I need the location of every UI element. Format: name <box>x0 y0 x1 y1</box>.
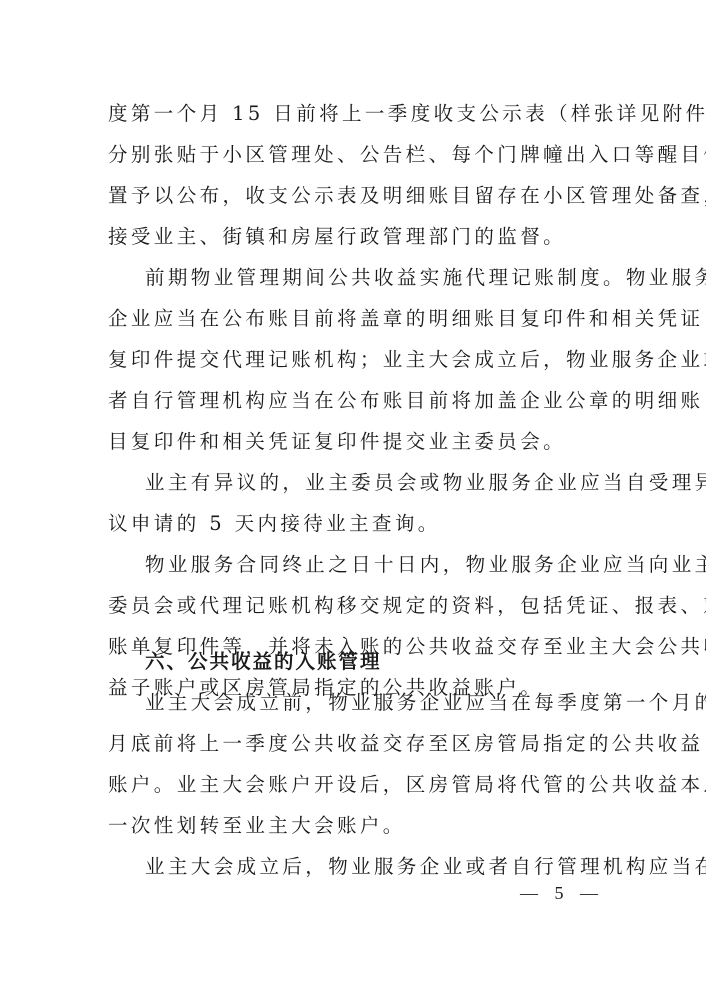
paragraph-line: 企业应当在公布账目前将盖章的明细账目复印件和相关凭证 <box>108 307 608 331</box>
paragraph-line: 目复印件和相关凭证复印件提交业主委员会。 <box>108 430 608 454</box>
section-heading: 六、公共收益的入账管理 <box>145 650 645 674</box>
paragraph-line: 业主大会成立后，物业服务企业或者自行管理机构应当在 <box>145 855 645 879</box>
paragraph-line: 委员会或代理记账机构移交规定的资料，包括凭证、报表、对 <box>108 594 608 618</box>
paragraph-line: 前期物业管理期间公共收益实施代理记账制度。物业服务 <box>145 266 645 290</box>
paragraph-line: 一次性划转至业主大会账户。 <box>108 814 608 838</box>
paragraph-line: 议申请的 5 天内接待业主查询。 <box>108 512 608 536</box>
paragraph-line: 分别张贴于小区管理处、公告栏、每个门牌幢出入口等醒目位 <box>108 143 608 167</box>
paragraph-line: 接受业主、街镇和房屋行政管理部门的监督。 <box>108 225 608 249</box>
paragraph-line: 度第一个月 15 日前将上一季度收支公示表（样张详见附件） <box>108 102 608 126</box>
paragraph-line: 置予以公布，收支公示表及明细账目留存在小区管理处备查， <box>108 184 608 208</box>
paragraph-line: 者自行管理机构应当在公布账目前将加盖企业公章的明细账 <box>108 389 608 413</box>
paragraph-line: 物业服务合同终止之日十日内，物业服务企业应当向业主 <box>145 553 645 577</box>
document-page: 度第一个月 15 日前将上一季度收支公示表（样张详见附件） 分别张贴于小区管理处… <box>0 0 706 1000</box>
paragraph-line: 业主有异议的，业主委员会或物业服务企业应当自受理异 <box>145 471 645 495</box>
page-number: — 5 — <box>520 883 604 904</box>
paragraph-line: 账户。业主大会账户开设后，区房管局将代管的公共收益本息 <box>108 773 608 797</box>
paragraph-line: 月底前将上一季度公共收益交存至区房管局指定的公共收益 <box>108 732 608 756</box>
paragraph-line: 复印件提交代理记账机构；业主大会成立后，物业服务企业或 <box>108 348 608 372</box>
paragraph-line: 业主大会成立前，物业服务企业应当在每季度第一个月的 <box>145 691 645 715</box>
